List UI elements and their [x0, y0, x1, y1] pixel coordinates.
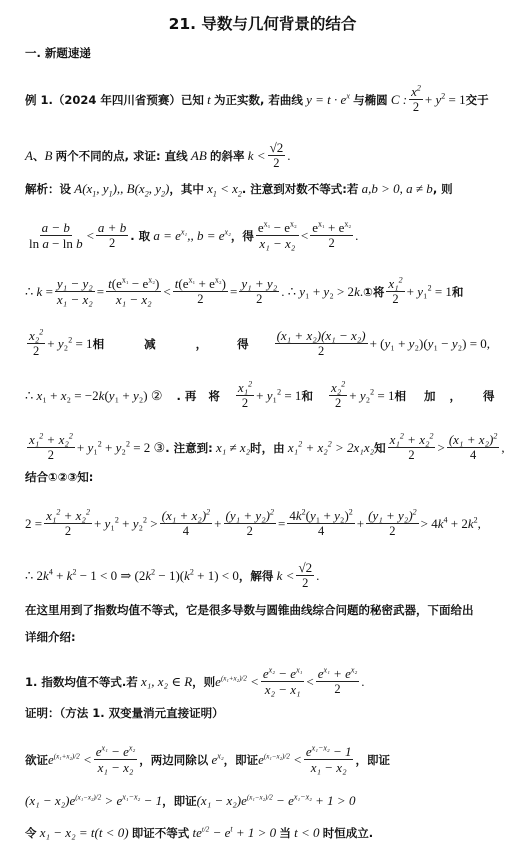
text: ，解得: [239, 569, 274, 583]
analysis-line-9: ∴ 2k4 + k2 − 1 < 0 ⇒ (2k2 − 1)(k2 + 1) <…: [25, 560, 319, 591]
text: ，: [196, 337, 208, 351]
text: ，: [162, 794, 174, 808]
analysis-line-1: 解析：设 A(x1, y1),, B(x2, y2) ，其中 x1 < x2 .…: [25, 182, 453, 196]
text: 欲证: [25, 753, 48, 767]
section-heading: 一. 新题速递: [25, 46, 91, 60]
analysis-line-5: ∴ x₁ + x₂ = −2k(y₁ + y₂) ② . 再 将 x₁22 + …: [25, 380, 495, 411]
text: 1. 指数均值不等式.: [25, 675, 126, 689]
proof-line-1: 欲证 e(x₁+x₂)/2 < ex₁ − ex₂x₁ − x₂ ，两边同除以 …: [25, 744, 390, 775]
text: 解析：设: [25, 182, 71, 196]
text: 将: [208, 389, 220, 403]
text: 的斜率: [210, 149, 245, 163]
text: . 注意到对数不等式:若: [242, 182, 358, 196]
proof-line-3: 令 x₁ − x₂ = t(t < 0) 即证不等式 tet/2 − et + …: [25, 826, 373, 840]
text: . 取: [130, 229, 150, 243]
text: 知: [374, 441, 386, 455]
combine-label: 结合①②③知:: [25, 470, 93, 484]
text: 当: [279, 826, 291, 840]
text: 已知: [181, 93, 204, 107]
analysis-line-8: 2 = x₁2 + x₂22 + y₁2 + y₂2 > (x₁ + x₂)24…: [25, 508, 481, 539]
text: 、: [33, 149, 45, 163]
example-statement-line-2: A、B 两个不同的点, 求证: 直线 AB 的斜率 k < √22.: [25, 140, 290, 171]
text: 若: [126, 675, 138, 689]
text: 减: [144, 337, 156, 351]
text: ，两边同除以: [139, 753, 208, 767]
example-statement-line-1: 例 1. （2024 年四川省预赛） 已知 t 为正实数, 若曲线 y = t …: [25, 84, 489, 115]
page-title: 21. 导数与几何背景的结合: [0, 12, 525, 34]
document-page: 21. 导数与几何背景的结合 一. 新题速递 例 1. （2024 年四川省预赛…: [0, 0, 525, 852]
text: ，: [450, 389, 462, 403]
text: ，: [355, 753, 367, 767]
proof-heading: 证明：（方法 1. 双变量消元直接证明）: [25, 706, 224, 720]
text: 和: [301, 389, 313, 403]
text: 即证: [235, 753, 258, 767]
text: ，: [224, 753, 236, 767]
text: 即证不等式: [132, 826, 190, 840]
analysis-line-4: x₂22 + y₂2 = 1 相 减 ， 得 (x₁ + x₂)(x₁ − x₂…: [25, 328, 490, 359]
paragraph-intro-line-1: 在这里用到了指数均值不等式，它是很多导数与圆锥曲线综合问题的秘密武器，下面给出: [25, 603, 474, 617]
text: 即证: [367, 753, 390, 767]
text: 即证: [174, 794, 197, 808]
text: 时，由: [250, 441, 285, 455]
text: ，得: [231, 229, 254, 243]
analysis-line-3: ∴ k = y₁ − y₂x₁ − x₂= t(ex₁ − ex₂)x₁ − x…: [25, 276, 463, 307]
example-label: 例 1.: [25, 93, 53, 107]
text: 交于: [466, 93, 489, 107]
theorem-line: 1. 指数均值不等式. 若 x₁, x₂ ∈ R ，则 e(x₁+x₂)/2 <…: [25, 666, 365, 697]
text: 令: [25, 826, 37, 840]
text: 两个不同的点, 求证: 直线: [56, 149, 188, 163]
text: 相: [395, 389, 407, 403]
text: ，则: [192, 675, 215, 689]
text: 相: [93, 337, 105, 351]
text: . 再: [177, 389, 197, 403]
analysis-line-6: x₁2 + x₂22 + y₁2 + y₂2 = 2 ③ . 注意到: x₁ ≠…: [25, 432, 505, 463]
text: 为正实数, 若曲线: [214, 93, 303, 107]
text: 得: [483, 389, 495, 403]
text: 得: [237, 337, 249, 351]
paragraph-intro-line-2: 详细介绍:: [25, 630, 76, 644]
text: . 注意到:: [165, 441, 212, 455]
text: 与椭圆: [353, 93, 388, 107]
text: 加: [424, 389, 436, 403]
example-source: （2024 年四川省预赛）: [53, 93, 181, 107]
proof-line-2: (x₁ − x₂)e(x₁−x₂)/2 > ex₁−x₂ − 1 ， 即证 (x…: [25, 794, 355, 808]
text: , 则: [433, 182, 453, 196]
text: 和: [452, 285, 464, 299]
text: ①将: [363, 285, 384, 299]
analysis-line-2: a − bln a − ln b < a + b2 . 取 a = ex₁,, …: [25, 220, 358, 251]
text: ，其中: [169, 182, 204, 196]
text: 时恒成立.: [323, 826, 373, 840]
